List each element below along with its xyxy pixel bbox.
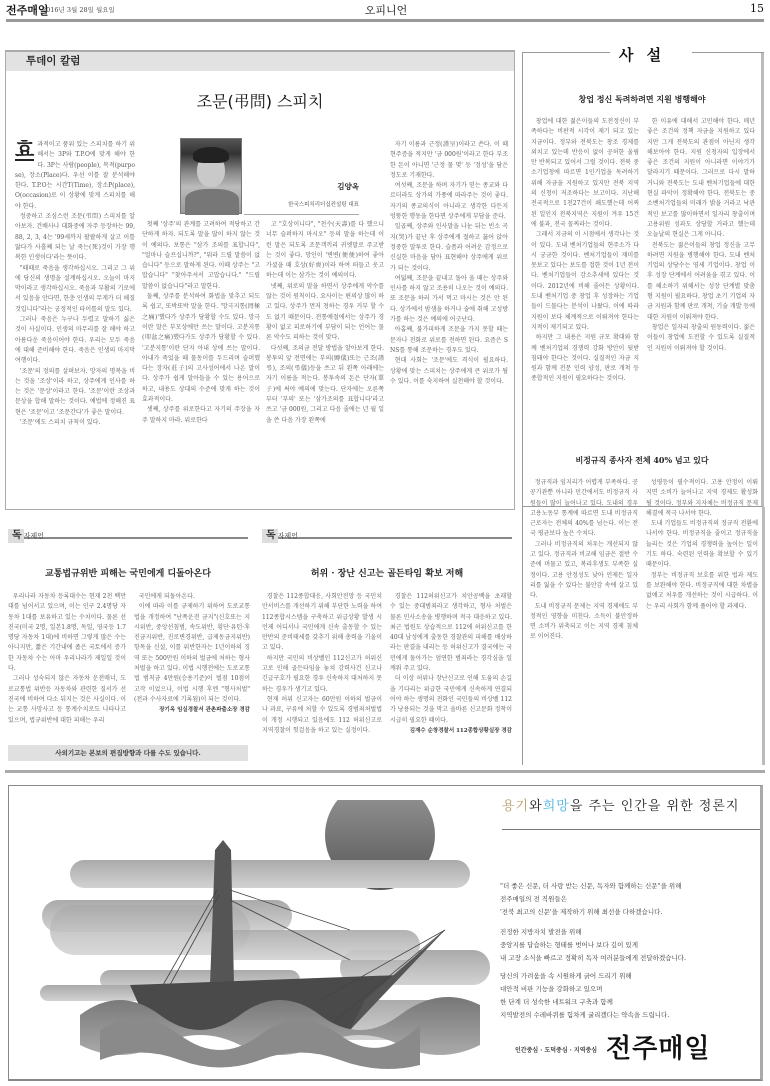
author-photo [180, 138, 242, 214]
column-paragraph: 넷째, 위로의 말을 하면서 상주에게 악수를 않는 것이 원칙이다. 요사이는… [266, 282, 384, 344]
ad-line: 전주매일의 전 직원들은 [500, 893, 681, 906]
editorial-2-col1: 정규직과 임지리가 어렵게 부족하다. 공공기관뿐 아니라 민간에서도 비정규직… [530, 478, 638, 730]
editorial-paragraph: 그래서 지금의 이 시점에서 생각나는 것이 있다. 도내 벤처기업들의 현주소… [531, 230, 639, 333]
editorial-right-rule [762, 507, 765, 765]
reader-paragraph: 경찰은 112종합대응, 사회안전망 등 국민치안서비스를 개선하기 위해 부단… [262, 592, 382, 654]
column-paragraph: 자기 이름과 근정(謹呈)이라고 쓴다. 이 때 현주증을 적지만 '금 000… [390, 140, 508, 181]
column-paragraph: 셋째, 상주를 위로한다고 자기의 주장을 자주 말하지 마라. 위로한다 [142, 405, 260, 426]
reader-paragraph: 이에 따라 이를 규제하기 위하여 도로교통법을 개정하여 "난폭운전 금지"(… [134, 602, 250, 705]
ad-line: '전북 최고의 신문'을 제작하기 위해 최선을 다하겠습니다. [500, 906, 681, 919]
editorial-paragraph: 그러나 비정규직의 처우는 개선되지 않고 있다. 정규직과 비교해 임금은 절… [530, 540, 638, 602]
editorial-paragraph: 성평등이 필수적이다. 고용 안정이 이뤄지면 소비가 늘어나고 지역 경제도 … [646, 478, 758, 519]
column-paragraph: 아홉째, 불가피하게 조문을 가지 못할 때는 문자나 전화로 위로를 전하면 … [390, 325, 508, 356]
editorial-paragraph: 전북도는 젊은이들의 창업 정신을 고무하려면 지원을 병행해야 한다. 도내 … [647, 241, 755, 323]
reader-paragraph: 경찰은 112허위신고가 치안공백을 초래할 수 있는 중대범죄라고 생각하고,… [390, 592, 512, 674]
column-paragraph: 첫째 '상주'의 관계를 고려하여 적당하고 간단하게 하자. 되도록 말을 많… [142, 220, 260, 292]
editorial-paragraph: 도내 기업들도 비정규직의 정규직 전환에 나서야 한다. 비정규직을 줄이고 … [646, 519, 758, 570]
editorial-col1: 창업에 대한 젊은이들의 도전정신이 부족하다는 비판적 시각이 제기 되고 있… [531, 117, 639, 447]
section-divider [5, 770, 765, 773]
editorial-paragraph: 한 이유에 대해서 고민해야 한다. 매년 좋은 조건의 정책 자금을 지원하고… [647, 117, 755, 241]
editorial-2-col2: 성평등이 필수적이다. 고용 안정이 이뤄지면 소비가 늘어나고 지역 경제도 … [646, 478, 758, 730]
ad-line: 내 고장 소식을 빠르고 정확히 독자 여러분들에게 전달하겠습니다. [500, 952, 686, 965]
ad-line: 중앙지를 답습하는 형태를 벗어나 보다 깊이 있게 [500, 939, 686, 952]
reader-tag: 독 [262, 529, 278, 543]
column-paragraph: '조문'에도 스피치 규칙이 있다. [15, 418, 135, 428]
today-column: 투데이 칼럼 조문(弔問) 스피치 효 과적이고 품위 있는 스피치를 하기 위… [5, 50, 515, 510]
page-number: 15 [750, 2, 764, 15]
reader-tag-rest: 자제언 [278, 532, 298, 540]
ad-line: "더 좋은 신문, 더 사랑 받는 신문, 독자와 함께하는 신문"을 위해 [500, 880, 681, 893]
ad-paragraph-3: 당신의 가려움을 속 시원하게 긁어 드리기 위해 대안적 비판 기능을 강화하… [500, 970, 669, 1022]
dropcap: 효 [15, 140, 34, 161]
author-name: 김양옥 [244, 181, 359, 192]
editorial-paragraph: 도내 비정규직 문제는 지역 경제에도 부정적인 영향을 미친다. 소득이 불안… [530, 602, 638, 643]
editorial-title-2: 비정규직 종사자 전체 40% 넘고 있다 [523, 455, 761, 466]
ad-footer-logo: 전주매일 [606, 1028, 710, 1065]
reader-right-header: 독자제언 [262, 523, 512, 539]
reader-left-title: 교통법규위반 피해는 국민에게 디돌아온다 [8, 566, 248, 579]
editorial-left-rule [522, 507, 523, 765]
lighthouse-ship-illustration [20, 800, 490, 1075]
disclaimer: 사외기고는 본보의 편집방향과 다를 수도 있습니다. [8, 745, 248, 761]
reader-paragraph: 현재 허위 신고자는 60만원 이하의 벌금이나 과료, 구류에 처할 수 있도… [262, 695, 382, 736]
column-paragraph: 다섯째, 조의금 전달 방법을 알아보게 한다. 봉투의 앞 전면에는 부의(賻… [266, 344, 384, 426]
column-paragraph: 고 "호상이니다", "천수(天壽)를 다 했으니 너무 슬퍼하지 마시오" 등… [266, 220, 384, 282]
column-paragraph: 그러나 죽음은 누구나 두렵고 말하기 싫은 것이 사실이다. 인생의 마무리를… [15, 315, 135, 366]
ad-slogan-divider [502, 829, 760, 830]
editorial-paragraph: 정규직과 임지리가 어렵게 부족하다. 공공기관뿐 아니라 민간에서도 비정규직… [530, 478, 638, 540]
editorial-col2: 한 이유에 대해서 고민해야 한다. 매년 좋은 조건의 정책 자금을 지원하고… [647, 117, 755, 447]
editorial: 사 설 창업 정신 독려하려면 지원 병행해야 창업에 대한 젊은이들의 도전정… [522, 52, 764, 507]
ad-line: 진정한 지방자치 발전을 위해 [500, 926, 686, 939]
reader-paragraph: 그러나 성숙되지 않은 자동차 운전매너, 도로교통법 위반등 자동차와 관련한… [8, 674, 126, 725]
editorial-paragraph: 정부는 비정규직 보호를 위한 법과 제도를 보완해야 한다. 비정규직에 대한… [646, 571, 758, 612]
today-column-col2: 첫째 '상주'의 관계를 고려하여 적당하고 간단하게 하자. 되도록 말을 많… [142, 220, 260, 506]
reader-paragraph: 국민에게 되돌아온다. [134, 592, 250, 602]
column-paragraph: 여섯째, 조문을 하며 자기가 믿는 종교와 다르더라도 상가의 가풍에 따라주… [390, 181, 508, 222]
reader-right-title: 허위 · 장난 신고는 골든타임 확보 저해 [262, 566, 512, 579]
reader-left-col1: 우리나라 자동차 등록대수는 현재 2천 백만대를 넘어서고 있으며, 이는 인… [8, 592, 126, 742]
masthead-divider [6, 19, 764, 22]
ad-paragraph-2: 진정한 지방자치 발전을 위해 중앙지를 답습하는 형태를 벗어나 보다 깊이 … [500, 926, 686, 965]
today-column-title: 조문(弔問) 스피치 [6, 89, 514, 112]
author-divider [244, 214, 359, 215]
reader-paragraph: 우리나라 자동차 등록대수는 현재 2천 백만대를 넘어서고 있으며, 이는 인… [8, 592, 126, 674]
column-paragraph: 여덟째, 조문을 끝내고 돌아 올 때는 상주와 인사를 하지 않고 조용히 나… [390, 274, 508, 325]
ad-line: 당신의 가려움을 속 시원하게 긁어 드리기 위해 [500, 970, 669, 983]
ad-paragraph-1: "더 좋은 신문, 더 사랑 받는 신문, 독자와 함께하는 신문"을 위해 전… [500, 880, 681, 919]
today-column-header: 투데이 칼럼 [6, 52, 514, 71]
slogan-hope: 희망 [543, 799, 570, 814]
reader-left-col2: 국민에게 되돌아온다. 이에 따라 이를 규제하기 위하여 도로교통법을 개정하… [134, 592, 250, 742]
ad-line: 대안적 비판 기능을 강화하고 있으며 [500, 983, 669, 996]
ad-line: 지역발전의 수레바퀴를 힘차게 굴리겠다는 약속을 드립니다. [500, 1009, 669, 1022]
reader-tag-rest: 자제언 [24, 532, 44, 540]
ad-slogan: 용기와희망을 주는 인간을 위한 정론지 [502, 795, 739, 814]
column-paragraph: 정중하고 조심스런 조문(弔問) 스피치를 알아보자. 건배사나 대화중에 자주… [15, 212, 135, 263]
column-paragraph: 둘째, 상주를 분석하여 화법을 맞추고 되도록 쉽고, 또박또박 말을 한다.… [142, 292, 260, 405]
reader-tag: 독 [8, 529, 24, 543]
reader-left-byline: 장기옥 임실경찰서 관촌파출소장 경감 [134, 705, 250, 715]
editorial-label: 사 설 [523, 44, 761, 65]
editorial-paragraph: 창업은 일자리 창출의 원동력이다. 젊은이들이 창업에 도전할 수 있도록 실… [647, 323, 755, 354]
editorial-paragraph: 하지만 그 내용은 지원 규모 확대와 함께 벤처기업의 경쟁력 강화 방안이 … [531, 333, 639, 384]
column-paragraph: "때때로 죽음을 생각하십시오. 그리고 그 위에 당신의 생명을 설계하십시오… [15, 264, 135, 315]
reader-right-col1: 경찰은 112종합대응, 사회안전망 등 국민치안서비스를 개선하기 위해 부단… [262, 592, 382, 762]
today-column-col4: 자기 이름과 근정(謹呈)이라고 쓴다. 이 때 현주증을 적지만 '금 000… [390, 140, 508, 506]
column-paragraph: '조문'의 정의를 살펴보자. 망자의 명복을 비는 것을 '조상'이라 하고,… [15, 367, 135, 418]
masthead: 전주매일 2016년 3월 28일 월요일 오피니언 15 [6, 2, 764, 18]
slogan-text: 을 주는 인간을 위한 정론지 [570, 799, 740, 814]
reader-left-header: 독자제언 [8, 523, 248, 539]
column-paragraph: 일곱째, 상주와 인사말을 나눈 뒤는 빈소 곡지(哭)가 끝난 후 상주에게 … [390, 222, 508, 273]
ad-footer-tagline: 인간중심 · 도덕중심 · 지역중심 [515, 1045, 597, 1054]
reader-right-byline: 김재수 순창경찰서 112종합상황실장 경감 [390, 726, 512, 736]
slogan-text: 와 [529, 799, 543, 814]
editorial-title: 창업 정신 독려하려면 지원 병행해야 [523, 94, 761, 105]
reader-right-col2: 경찰은 112허위신고가 치안공백을 초래할 수 있는 중대범죄라고 생각하고,… [390, 592, 512, 762]
reader-paragraph: 하지만 국민의 비상벨인 112신고가 허위신고로 인해 골든타임을 놓쳐 강력… [262, 654, 382, 695]
slogan-courage: 용기 [502, 799, 529, 814]
today-column-col1: 효 과적이고 품위 있는 스피치를 하기 위해서는 3P와 T.P.O에 맞게 … [15, 140, 135, 505]
reader-paragraph: 더 이상 허위나 장난신고로 인해 도움의 손길을 기다리는 위급한 국민에게 … [390, 674, 512, 725]
editorial-paragraph: 창업에 대한 젊은이들의 도전정신이 부족하다는 비판적 시각이 제기 되고 있… [531, 117, 639, 230]
today-column-col3: 고 "호상이니다", "천수(天壽)를 다 했으니 너무 슬퍼하지 마시오" 등… [266, 220, 384, 506]
ad-line: 한 단계 더 성숙한 네트워크 구축과 함께 [500, 996, 669, 1009]
author-title: 한국스피치리더십컨설팅 대표 [244, 200, 359, 208]
column-paragraph: 현대 사회는 '조문'에도 격식이 필요하다. 상황에 맞는 스피치는 상주에게… [390, 356, 508, 387]
masthead-date: 2016년 3월 28일 월요일 [42, 5, 115, 14]
masthead-section: 오피니언 [246, 2, 526, 18]
